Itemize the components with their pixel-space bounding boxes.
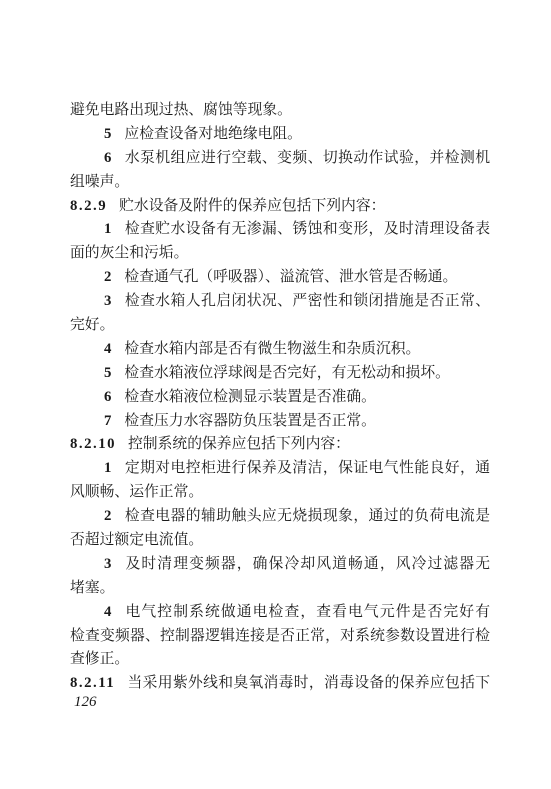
- line-text: 检查贮水设备有无渗漏、锈蚀和变形，及时清理设备表: [124, 221, 490, 237]
- text-line: 8.2.11当采用紫外线和臭氧消毒时，消毒设备的保养应包括下: [70, 672, 490, 696]
- line-text: 当采用紫外线和臭氧消毒时，消毒设备的保养应包括下: [127, 675, 490, 691]
- text-line: 2检查电器的辅助触头应无烧损现象，通过的负荷电流是: [70, 505, 490, 529]
- line-text: 控制系统的保养应包括下列内容：: [128, 436, 350, 452]
- item-number: 1: [104, 221, 111, 237]
- text-line: 2检查通气孔（呼吸器）、溢流管、泄水管是否畅通。: [70, 266, 490, 290]
- text-line: 3检查水箱人孔启闭状况、严密性和锁闭措施是否正常、: [70, 290, 490, 314]
- text-line: 避免电路出现过热、腐蚀等现象。: [70, 99, 490, 123]
- text-line: 堵塞。: [70, 577, 490, 601]
- line-text: 否超过额定电流值。: [70, 532, 203, 548]
- line-text: 检查变频器、控制器逻辑连接是否正常，对系统参数设置进行检: [70, 628, 490, 644]
- line-text: 面的灰尘和污垢。: [70, 245, 188, 261]
- text-line: 查修正。: [70, 648, 490, 672]
- line-text: 查修正。: [70, 651, 129, 667]
- line-text: 水泵机组应进行空载、变频、切换动作试验，并检测机: [124, 150, 490, 166]
- line-text: 组噪声。: [70, 174, 129, 190]
- text-line: 否超过额定电流值。: [70, 529, 490, 553]
- line-text: 定期对电控柜进行保养及清洁，保证电气性能良好，通: [124, 460, 490, 476]
- text-line: 风顺畅、运作正常。: [70, 481, 490, 505]
- line-text: 及时清理变频器，确保冷却风道畅通，风冷过滤器无: [124, 556, 490, 572]
- section-number: 8.2.9: [70, 198, 107, 214]
- line-text: 电气控制系统做通电检查，查看电气元件是否完好有效，: [104, 604, 490, 625]
- text-line: 面的灰尘和污垢。: [70, 242, 490, 266]
- document-page: 避免电路出现过热、腐蚀等现象。5应检查设备对地绝缘电阻。6水泵机组应进行空载、变…: [0, 0, 551, 789]
- section-number: 8.2.10: [70, 436, 116, 452]
- item-number: 6: [104, 389, 111, 405]
- text-line: 6检查水箱液位检测显示装置是否准确。: [70, 386, 490, 410]
- text-line: 7检查压力水容器防负压装置是否正常。: [70, 410, 490, 434]
- line-text: 堵塞。: [70, 580, 114, 596]
- line-text: 应检查设备对地绝缘电阻。: [124, 126, 302, 142]
- text-line: 6水泵机组应进行空载、变频、切换动作试验，并检测机: [70, 147, 490, 171]
- text-line: 组噪声。: [70, 171, 490, 195]
- line-text: 检查压力水容器防负压装置是否正常。: [124, 413, 376, 429]
- text-line: 1定期对电控柜进行保养及清洁，保证电气性能良好，通: [70, 457, 490, 481]
- line-text: 检查通气孔（呼吸器）、溢流管、泄水管是否畅通。: [124, 269, 457, 285]
- item-number: 7: [104, 413, 111, 429]
- line-text: 检查水箱内部是否有微生物滋生和杂质沉积。: [124, 341, 420, 357]
- item-number: 2: [104, 508, 111, 524]
- text-line: 完好。: [70, 314, 490, 338]
- text-line: 3及时清理变频器，确保冷却风道畅通，风冷过滤器无: [70, 553, 490, 577]
- line-text: 避免电路出现过热、腐蚀等现象。: [70, 102, 292, 118]
- item-number: 5: [104, 126, 111, 142]
- item-number: 3: [104, 293, 111, 309]
- line-text: 完好。: [70, 317, 114, 333]
- line-text: 检查水箱液位浮球阀是否完好，有无松动和损坏。: [124, 365, 450, 381]
- item-number: 5: [104, 365, 111, 381]
- item-number: 2: [104, 269, 111, 285]
- text-line: 4检查水箱内部是否有微生物滋生和杂质沉积。: [70, 338, 490, 362]
- item-number: 3: [104, 556, 111, 572]
- line-text: 检查水箱液位检测显示装置是否准确。: [124, 389, 376, 405]
- line-text: 检查电器的辅助触头应无烧损现象，通过的负荷电流是: [124, 508, 490, 524]
- text-line: 5应检查设备对地绝缘电阻。: [70, 123, 490, 147]
- item-number: 4: [104, 604, 111, 620]
- line-text: 风顺畅、运作正常。: [70, 484, 203, 500]
- text-line: 检查变频器、控制器逻辑连接是否正常，对系统参数设置进行检: [70, 625, 490, 649]
- text-line: 5检查水箱液位浮球阀是否完好，有无松动和损坏。: [70, 362, 490, 386]
- line-text: 检查水箱人孔启闭状况、严密性和锁闭措施是否正常、: [124, 293, 490, 309]
- text-line: 4电气控制系统做通电检查，查看电气元件是否完好有效，: [70, 601, 490, 625]
- section-number: 8.2.11: [70, 675, 115, 691]
- item-number: 4: [104, 341, 111, 357]
- text-block: 避免电路出现过热、腐蚀等现象。5应检查设备对地绝缘电阻。6水泵机组应进行空载、变…: [70, 99, 490, 696]
- page-number: 126: [74, 692, 97, 712]
- text-line: 1检查贮水设备有无渗漏、锈蚀和变形，及时清理设备表: [70, 218, 490, 242]
- text-line: 8.2.10控制系统的保养应包括下列内容：: [70, 433, 490, 457]
- text-line: 8.2.9贮水设备及附件的保养应包括下列内容：: [70, 195, 490, 219]
- item-number: 6: [104, 150, 111, 166]
- line-text: 贮水设备及附件的保养应包括下列内容：: [119, 198, 385, 214]
- item-number: 1: [104, 460, 111, 476]
